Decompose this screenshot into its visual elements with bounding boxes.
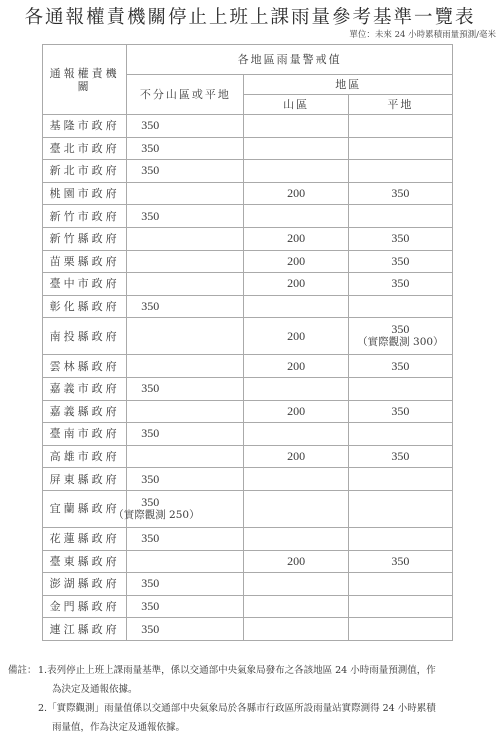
table-row: 宜蘭縣政府350（實際觀測 250） xyxy=(43,490,453,527)
all-areas-cell xyxy=(127,273,244,296)
plain-cell xyxy=(348,573,452,596)
header-warning-group: 各地區雨量警戒值 xyxy=(127,45,453,75)
agency-cell: 屏東縣政府 xyxy=(43,468,127,491)
all-areas-cell-value: 350 xyxy=(141,164,243,177)
observed-note: （實際觀測 250） xyxy=(113,509,243,522)
mountain-cell-value: 200 xyxy=(244,450,347,463)
table-row: 花蓮縣政府350 xyxy=(43,527,453,550)
table-row: 新竹市政府350 xyxy=(43,205,453,228)
table-row: 連江縣政府350 xyxy=(43,618,453,641)
mountain-cell: 200 xyxy=(244,550,348,573)
table-row: 臺東縣政府200350 xyxy=(43,550,453,573)
all-areas-cell-value: 350 xyxy=(141,532,243,545)
header-plain: 平地 xyxy=(348,95,452,115)
mountain-cell-value: 200 xyxy=(244,330,347,343)
table-row: 臺北市政府350 xyxy=(43,137,453,160)
plain-cell xyxy=(348,527,452,550)
note-1-line-1: 1.表列停止上班上課雨量基準，係以交通部中央氣象局發布之各該地區 24 小時雨量… xyxy=(38,661,498,680)
plain-cell xyxy=(348,377,452,400)
all-areas-cell: 350 xyxy=(127,115,244,138)
plain-cell-value: 350 xyxy=(349,323,452,336)
header-all-areas: 不分山區或平地 xyxy=(127,75,244,115)
agency-cell: 嘉義縣政府 xyxy=(43,400,127,423)
agency-cell: 彰化縣政府 xyxy=(43,295,127,318)
plain-cell xyxy=(348,618,452,641)
mountain-cell xyxy=(244,137,348,160)
notes-label: 備註： xyxy=(8,661,38,680)
table-row: 基隆市政府350 xyxy=(43,115,453,138)
mountain-cell-value: 200 xyxy=(244,555,347,568)
plain-cell: 350 xyxy=(348,445,452,468)
all-areas-cell xyxy=(127,355,244,378)
unit-label: 單位：未來 24 小時累積雨量預測/毫米 xyxy=(349,28,496,40)
mountain-cell xyxy=(244,115,348,138)
plain-cell-value: 350 xyxy=(349,555,452,568)
plain-cell xyxy=(348,137,452,160)
mountain-cell: 200 xyxy=(244,445,348,468)
mountain-cell xyxy=(244,595,348,618)
mountain-cell-value: 200 xyxy=(244,255,347,268)
plain-cell-value: 350 xyxy=(349,255,452,268)
all-areas-cell: 350 xyxy=(127,137,244,160)
table-row: 高雄市政府200350 xyxy=(43,445,453,468)
mountain-cell xyxy=(244,573,348,596)
plain-cell-value: 350 xyxy=(349,405,452,418)
agency-cell: 新竹縣政府 xyxy=(43,227,127,250)
mountain-cell xyxy=(244,377,348,400)
plain-cell xyxy=(348,160,452,183)
agency-cell: 高雄市政府 xyxy=(43,445,127,468)
header-region-group: 地區 xyxy=(244,75,453,95)
mountain-cell xyxy=(244,160,348,183)
all-areas-cell xyxy=(127,227,244,250)
mountain-cell xyxy=(244,618,348,641)
mountain-cell: 200 xyxy=(244,318,348,355)
table-row: 屏東縣政府350 xyxy=(43,468,453,491)
plain-cell-value: 350 xyxy=(349,187,452,200)
plain-cell: 350 xyxy=(348,355,452,378)
plain-cell: 350 xyxy=(348,182,452,205)
plain-cell: 350 xyxy=(348,273,452,296)
table-row: 雲林縣政府200350 xyxy=(43,355,453,378)
plain-cell: 350（實際觀測 300） xyxy=(348,318,452,355)
all-areas-cell xyxy=(127,182,244,205)
all-areas-cell xyxy=(127,550,244,573)
plain-cell-value: 350 xyxy=(349,277,452,290)
mountain-cell xyxy=(244,490,348,527)
plain-cell xyxy=(348,468,452,491)
agency-cell: 花蓮縣政府 xyxy=(43,527,127,550)
all-areas-cell: 350 xyxy=(127,423,244,446)
mountain-cell: 200 xyxy=(244,400,348,423)
agency-cell: 連江縣政府 xyxy=(43,618,127,641)
plain-cell xyxy=(348,595,452,618)
mountain-cell-value: 200 xyxy=(244,187,347,200)
observed-note: （實際觀測 300） xyxy=(349,336,452,349)
all-areas-cell-value: 350 xyxy=(141,600,243,613)
all-areas-cell: 350 xyxy=(127,295,244,318)
agency-cell: 嘉義市政府 xyxy=(43,377,127,400)
agency-cell: 雲林縣政府 xyxy=(43,355,127,378)
table-row: 澎湖縣政府350 xyxy=(43,573,453,596)
note-2-line-2: 雨量值，作為決定及通報依據。 xyxy=(8,718,498,737)
mountain-cell xyxy=(244,527,348,550)
mountain-cell: 200 xyxy=(244,273,348,296)
plain-cell xyxy=(348,490,452,527)
mountain-cell: 200 xyxy=(244,227,348,250)
plain-cell-value: 350 xyxy=(349,360,452,373)
agency-cell: 澎湖縣政府 xyxy=(43,573,127,596)
note-1-line-2: 為決定及通報依據。 xyxy=(8,680,498,699)
all-areas-cell-value: 350 xyxy=(141,382,243,395)
plain-cell xyxy=(348,205,452,228)
all-areas-cell-value: 350 xyxy=(141,119,243,132)
plain-cell: 350 xyxy=(348,227,452,250)
agency-cell: 新竹市政府 xyxy=(43,205,127,228)
agency-cell: 南投縣政府 xyxy=(43,318,127,355)
page-title: 各通報權責機關停止上班上課雨量參考基準一覽表 xyxy=(0,3,500,29)
plain-cell: 350 xyxy=(348,400,452,423)
table-row: 南投縣政府200350（實際觀測 300） xyxy=(43,318,453,355)
agency-cell: 臺東縣政府 xyxy=(43,550,127,573)
note-2-line-1: 2.「實際觀測」雨量值係以交通部中央氣象局於各縣市行政區所設雨量站實際測得 24… xyxy=(8,699,498,718)
all-areas-cell: 350 xyxy=(127,527,244,550)
all-areas-cell: 350 xyxy=(127,205,244,228)
table-row: 彰化縣政府350 xyxy=(43,295,453,318)
mountain-cell: 200 xyxy=(244,250,348,273)
header-agency: 通報權責機關 xyxy=(43,45,127,115)
mountain-cell xyxy=(244,295,348,318)
mountain-cell-value: 200 xyxy=(244,277,347,290)
notes-section: 備註： 1.表列停止上班上課雨量基準，係以交通部中央氣象局發布之各該地區 24 … xyxy=(8,661,498,737)
table-row: 臺南市政府350 xyxy=(43,423,453,446)
all-areas-cell-value: 350 xyxy=(141,142,243,155)
table-row: 嘉義市政府350 xyxy=(43,377,453,400)
all-areas-cell-value: 350 xyxy=(141,623,243,636)
table-row: 新北市政府350 xyxy=(43,160,453,183)
mountain-cell xyxy=(244,423,348,446)
agency-cell: 苗栗縣政府 xyxy=(43,250,127,273)
mountain-cell xyxy=(244,468,348,491)
table-row: 臺中市政府200350 xyxy=(43,273,453,296)
all-areas-cell: 350 xyxy=(127,377,244,400)
table-row: 苗栗縣政府200350 xyxy=(43,250,453,273)
all-areas-cell-value: 350 xyxy=(141,427,243,440)
all-areas-cell xyxy=(127,445,244,468)
table-row: 金門縣政府350 xyxy=(43,595,453,618)
all-areas-cell-value: 350 xyxy=(141,496,243,509)
all-areas-cell: 350 xyxy=(127,595,244,618)
mountain-cell: 200 xyxy=(244,182,348,205)
mountain-cell-value: 200 xyxy=(244,405,347,418)
plain-cell-value: 350 xyxy=(349,232,452,245)
plain-cell xyxy=(348,295,452,318)
agency-cell: 桃園市政府 xyxy=(43,182,127,205)
table-row: 桃園市政府200350 xyxy=(43,182,453,205)
plain-cell-value: 350 xyxy=(349,450,452,463)
agency-cell: 基隆市政府 xyxy=(43,115,127,138)
all-areas-cell-value: 350 xyxy=(141,300,243,313)
mountain-cell-value: 200 xyxy=(244,360,347,373)
table-row: 嘉義縣政府200350 xyxy=(43,400,453,423)
agency-cell: 金門縣政府 xyxy=(43,595,127,618)
header-mountain: 山區 xyxy=(244,95,348,115)
all-areas-cell: 350 xyxy=(127,468,244,491)
all-areas-cell-value: 350 xyxy=(141,577,243,590)
mountain-cell xyxy=(244,205,348,228)
all-areas-cell-value: 350 xyxy=(141,210,243,223)
plain-cell: 350 xyxy=(348,250,452,273)
all-areas-cell xyxy=(127,400,244,423)
agency-cell: 臺中市政府 xyxy=(43,273,127,296)
agency-cell: 臺南市政府 xyxy=(43,423,127,446)
mountain-cell: 200 xyxy=(244,355,348,378)
agency-cell: 新北市政府 xyxy=(43,160,127,183)
plain-cell xyxy=(348,423,452,446)
all-areas-cell xyxy=(127,318,244,355)
all-areas-cell: 350 xyxy=(127,573,244,596)
all-areas-cell: 350 xyxy=(127,160,244,183)
all-areas-cell: 350 xyxy=(127,618,244,641)
all-areas-cell xyxy=(127,250,244,273)
table-row: 新竹縣政府200350 xyxy=(43,227,453,250)
plain-cell xyxy=(348,115,452,138)
mountain-cell-value: 200 xyxy=(244,232,347,245)
plain-cell: 350 xyxy=(348,550,452,573)
all-areas-cell: 350（實際觀測 250） xyxy=(127,490,244,527)
rainfall-standards-table: 通報權責機關 各地區雨量警戒值 不分山區或平地 地區 山區 平地 基隆市政府35… xyxy=(42,44,453,641)
all-areas-cell-value: 350 xyxy=(141,473,243,486)
agency-cell: 臺北市政府 xyxy=(43,137,127,160)
